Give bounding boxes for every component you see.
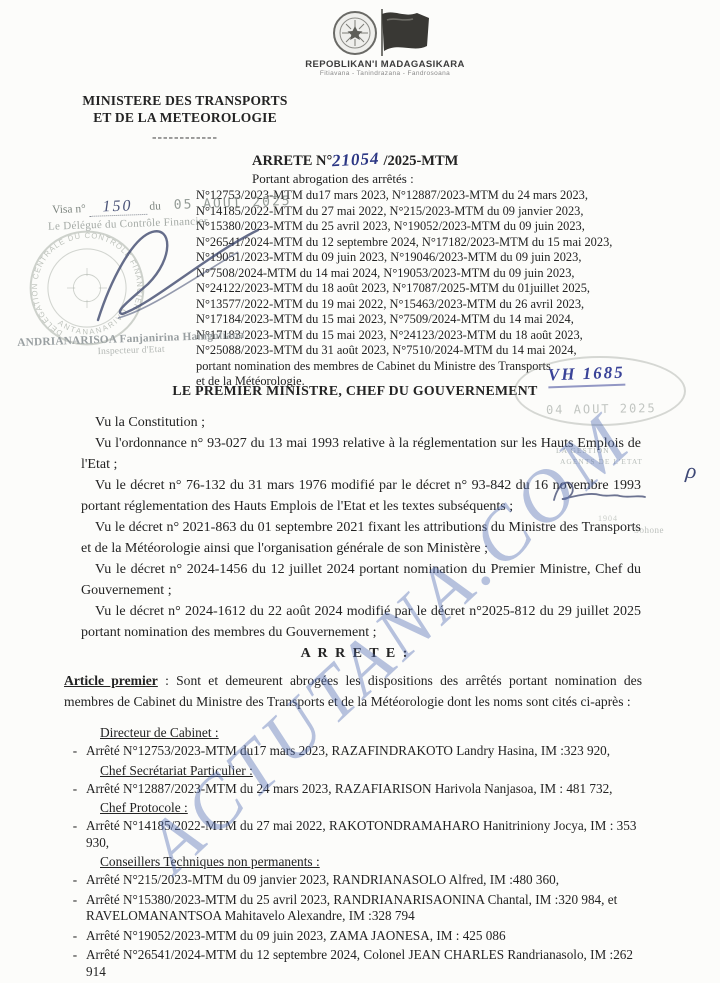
handwritten-mark: ρ [685, 458, 698, 485]
faint-stamp-mark-1: 1904 [598, 514, 618, 523]
section-item: Arrêté N°19052/2023-MTM du 09 juin 2023,… [64, 928, 646, 945]
registry-date-stamp: 04 AOUT 2025 [546, 401, 657, 417]
ministry-line1: MINISTERE DES TRANSPORTS [60, 92, 310, 109]
section-heading: Chef Secrétariat Particulier : [100, 763, 646, 779]
section-item: Arrêté N°26541/2024-MTM du 12 septembre … [64, 947, 646, 980]
visa-date-stamp: 05 AOUT 2025 [174, 194, 292, 213]
ministry-letterhead: MINISTERE DES TRANSPORTS ET DE LA METEOR… [60, 92, 310, 145]
signature-icon [548, 474, 648, 508]
section-heading: Chef Protocole : [100, 800, 646, 816]
faint-stamp-line-1: LA GESTION [556, 446, 610, 455]
ministry-line2: ET DE LA METEOROLOGIE [60, 109, 310, 126]
scanned-decree-page: ACTUTANA.COM REPOBLIKAN'I MADAGASIKARA F… [0, 0, 720, 983]
registry-code-handwritten: VH 1685 [548, 363, 626, 389]
madagascar-coat-of-arms-icon [325, 6, 445, 58]
faint-stamp-line-2: AGENTS DE L'ETAT [560, 457, 643, 466]
decree-number-line: ARRETE N°21054 /2025-MTM [252, 150, 658, 170]
section-item-text: Arrêté N°12887/2023-MTM du 24 mars 2023,… [86, 781, 646, 798]
faint-stamp-mark-2: Sohone [634, 525, 664, 535]
section-item-text: Arrêté N°14185/2022-MTM du 27 mai 2022, … [86, 818, 646, 851]
controller-signature [88, 222, 268, 332]
section-item-text: Arrêté N°12753/2023-MTM du17 mars 2023, … [86, 743, 646, 760]
section-heading: Conseillers Techniques non permanents : [100, 854, 646, 870]
republic-name: REPOBLIKAN'I MADAGASIKARA [300, 59, 470, 70]
cabinet-sections: Directeur de Cabinet : Arrêté N°12753/20… [64, 722, 646, 983]
article-label: Article premier [64, 673, 158, 688]
arrete-heading: A R R E T E : [0, 646, 710, 662]
ministry-separator: ------------ [60, 128, 310, 145]
visa-number-handwritten: 150 [88, 197, 147, 217]
decree-number-suffix: /2025-MTM [380, 153, 459, 169]
signature-icon [88, 222, 268, 327]
national-motto: Fitiavana - Tanindrazana - Fandrosoana [300, 70, 470, 77]
section-item: Arrêté N°12887/2023-MTM du 24 mars 2023,… [64, 781, 646, 798]
section-item: Arrêté N°215/2023-MTM du 09 janvier 2023… [64, 872, 646, 889]
section-item-text: Arrêté N°19052/2023-MTM du 09 juin 2023,… [86, 928, 646, 945]
visa-label: Visa n° [52, 203, 86, 216]
section-item-text: Arrêté N°215/2023-MTM du 09 janvier 2023… [86, 872, 646, 889]
decree-subtitle: Portant abrogation des arrêtés : [252, 171, 658, 187]
section-item: Arrêté N°12753/2023-MTM du17 mars 2023, … [64, 743, 646, 760]
section-item: Arrêté N°14185/2022-MTM du 27 mai 2022, … [64, 818, 646, 851]
section-item: Arrêté N°15380/2023-MTM du 25 avril 2023… [64, 892, 646, 925]
decree-number-prefix: ARRETE N° [252, 153, 332, 169]
section-item-text: Arrêté N°26541/2024-MTM du 12 septembre … [86, 947, 646, 980]
section-heading: Directeur de Cabinet : [100, 725, 646, 741]
article-premier: Article premier : Sont et demeurent abro… [64, 670, 642, 712]
national-emblem-block: REPOBLIKAN'I MADAGASIKARA Fitiavana - Ta… [300, 6, 470, 77]
vu-clause: Vu le décret n° 2024-1456 du 12 juillet … [81, 559, 641, 601]
vu-clause: Vu le décret n° 2024-1612 du 22 août 202… [81, 601, 641, 643]
section-item-text: Arrêté N°15380/2023-MTM du 25 avril 2023… [86, 892, 646, 925]
secondary-signature [548, 474, 648, 513]
visa-du: du [149, 200, 161, 212]
decree-number-handwritten: 21054 [332, 149, 380, 171]
vu-clause: Vu le décret n° 2021-863 du 01 septembre… [81, 517, 641, 559]
